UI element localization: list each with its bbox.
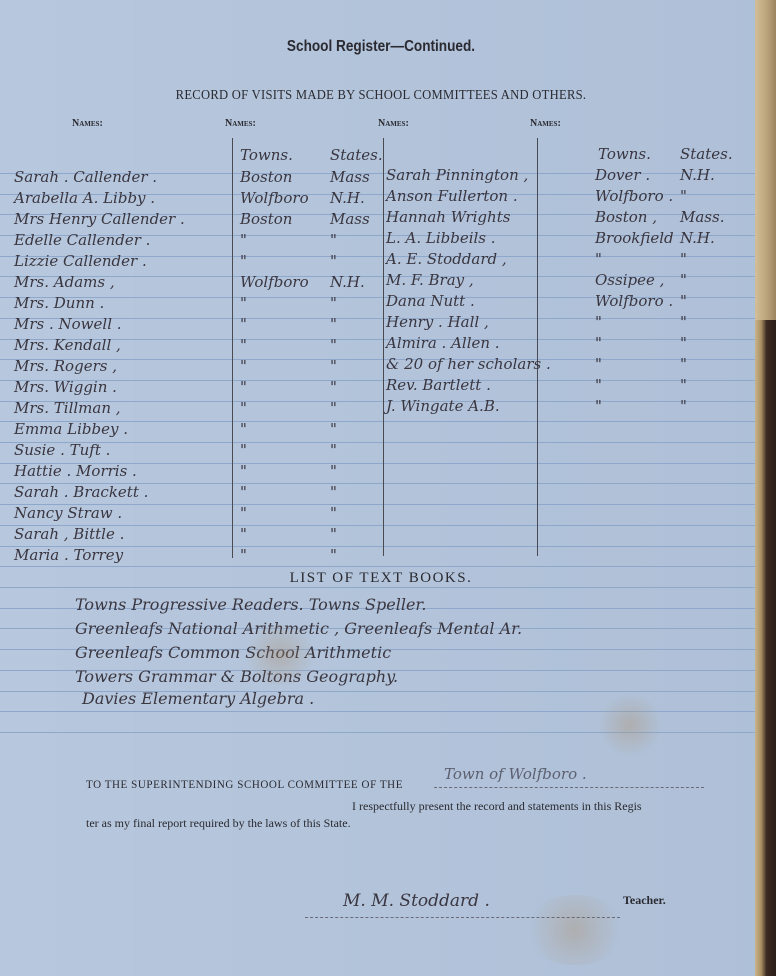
visitor-town: " [240, 525, 249, 543]
visitor-name: Mrs. Rogers , [14, 357, 117, 375]
visitor-state: N.H. [680, 229, 715, 247]
visitor-name: Henry . Hall , [386, 313, 489, 331]
visitor-name: L. A. Libbeils . [386, 229, 496, 247]
visitor-state: " [330, 420, 339, 438]
visitor-name: Sarah . Callender . [14, 168, 157, 186]
visitor-state: " [330, 525, 339, 543]
ruled-line [0, 566, 758, 567]
column-header-names-3: Names: [378, 118, 409, 129]
visitor-town: " [595, 334, 604, 352]
visitor-town: Wolfboro [240, 189, 309, 207]
visitor-state: Mass [330, 210, 370, 228]
visitor-state: " [330, 252, 339, 270]
ruled-line [0, 442, 758, 443]
visitor-name: A. E. Stoddard , [386, 250, 507, 268]
statement-line-2: ter as my final report required by the l… [86, 816, 351, 831]
column-header-names-2: Names: [225, 118, 256, 129]
visitor-state: " [330, 315, 339, 333]
textbook-line: Towns Progressive Readers. Towns Speller… [75, 595, 426, 614]
visitor-name: Susie . Tuft . [14, 441, 110, 459]
committee-town-value: Town of Wolfboro . [444, 765, 587, 783]
visitor-town: " [595, 313, 604, 331]
visitor-state: " [330, 399, 339, 417]
visitor-town: " [240, 399, 249, 417]
visitor-name: Arabella A. Libby . [14, 189, 155, 207]
visitor-town: " [240, 231, 249, 249]
visitor-town: " [595, 250, 604, 268]
visitor-name: Mrs. Dunn . [14, 294, 104, 312]
visitor-state: N.H. [330, 273, 365, 291]
visitor-town: Dover . [595, 166, 650, 184]
visitor-name: Anson Fullerton . [386, 187, 518, 205]
visitor-town: " [240, 420, 249, 438]
visitor-name: Mrs. Tillman , [14, 399, 121, 417]
states-header-right: States. [680, 145, 733, 163]
visitor-state: " [330, 546, 339, 564]
visitor-state: N.H. [680, 166, 715, 184]
column-divider-1 [232, 138, 233, 558]
visitor-state: Mass. [680, 208, 724, 226]
visitor-town: " [240, 546, 249, 564]
ruled-line [0, 587, 758, 588]
visitor-town: " [240, 378, 249, 396]
visitor-state: " [680, 292, 689, 310]
visitor-state: " [680, 355, 689, 373]
column-divider-2 [383, 138, 384, 556]
visitor-state: " [330, 504, 339, 522]
visitor-name: Emma Libbey . [14, 420, 128, 438]
visitor-town: " [595, 397, 604, 415]
section-title-textbooks: LIST OF TEXT BOOKS. [0, 570, 762, 587]
visitor-name: Rev. Bartlett . [386, 376, 491, 394]
statement-line-1: I respectfully present the record and st… [352, 799, 642, 814]
visitor-name: Sarah . Brackett . [14, 483, 148, 501]
visitor-town: " [595, 355, 604, 373]
visitor-state: " [330, 294, 339, 312]
visitor-town: " [240, 504, 249, 522]
visitor-state: " [330, 231, 339, 249]
textbook-line: Davies Elementary Algebra . [82, 689, 314, 708]
visitor-town: Ossipee , [595, 271, 664, 289]
teacher-label: Teacher. [623, 893, 666, 908]
column-header-names-4: Names: [530, 118, 561, 129]
water-stain [240, 625, 320, 685]
signature-field: M. M. Stoddard . [305, 897, 620, 918]
visitor-town: " [240, 252, 249, 270]
visitor-state: " [330, 441, 339, 459]
visitor-name: M. F. Bray , [386, 271, 474, 289]
visitor-town: " [240, 441, 249, 459]
visitor-name: Lizzie Callender . [14, 252, 147, 270]
visitor-state: N.H. [330, 189, 365, 207]
visitor-state: Mass [330, 168, 370, 186]
visitor-name: Almira . Allen . [386, 334, 500, 352]
states-header-left: States. [330, 146, 383, 164]
committee-town-field: Town of Wolfboro . [434, 765, 704, 788]
column-header-names-1: Names: [72, 118, 103, 129]
visitor-name: Mrs. Adams , [14, 273, 115, 291]
water-stain [600, 690, 660, 760]
visitor-name: Hannah Wrights [386, 208, 510, 226]
visitor-town: " [595, 376, 604, 394]
visitor-town: " [240, 483, 249, 501]
visitor-state: " [330, 378, 339, 396]
visitor-town: Wolfboro . [595, 292, 673, 310]
visitor-name: Sarah Pinnington , [386, 166, 528, 184]
towns-header-left: Towns. [240, 146, 293, 164]
register-page: School Register—Continued. RECORD OF VIS… [0, 0, 762, 976]
visitor-name: Hattie . Morris . [14, 462, 137, 480]
visitor-state: " [330, 336, 339, 354]
committee-label: TO THE SUPERINTENDING SCHOOL COMMITTEE O… [86, 777, 403, 792]
visitor-town: " [240, 294, 249, 312]
visitor-state: " [680, 376, 689, 394]
visitor-state: " [330, 357, 339, 375]
visitor-name: & 20 of her scholars . [386, 355, 551, 373]
visitor-state: " [680, 397, 689, 415]
visitor-name: Nancy Straw . [14, 504, 122, 522]
visitor-name: Mrs . Nowell . [14, 315, 122, 333]
visitor-town: Brookfield [595, 229, 674, 247]
visitor-state: " [680, 187, 689, 205]
textbook-line: Towers Grammar & Boltons Geography. [75, 667, 398, 686]
visitor-town: Boston [240, 210, 292, 228]
visitor-state: " [680, 313, 689, 331]
visitor-town: Boston [240, 168, 292, 186]
visitor-name: Edelle Callender . [14, 231, 150, 249]
visitor-state: " [680, 271, 689, 289]
visitor-town: " [240, 357, 249, 375]
textbook-line: Greenleafs Common School Arithmetic [75, 643, 391, 662]
book-binding-edge [755, 0, 776, 976]
visitor-town: " [240, 336, 249, 354]
visitor-state: " [680, 250, 689, 268]
visitor-town: Boston , [595, 208, 657, 226]
column-divider-3 [537, 138, 538, 556]
page-title: School Register—Continued. [57, 38, 705, 56]
towns-header-right: Towns. [598, 145, 651, 163]
visitor-town: Wolfboro . [595, 187, 673, 205]
visitor-name: Sarah , Bittle . [14, 525, 124, 543]
visitor-name: Maria . Torrey [14, 546, 123, 564]
visitor-name: J. Wingate A.B. [386, 397, 500, 415]
visitor-name: Mrs. Wiggin . [14, 378, 117, 396]
visitor-town: Wolfboro [240, 273, 309, 291]
visitor-name: Mrs Henry Callender . [14, 210, 185, 228]
visitor-state: " [330, 483, 339, 501]
visitor-state: " [680, 334, 689, 352]
visitor-name: Dana Nutt . [386, 292, 475, 310]
visitor-town: " [240, 462, 249, 480]
teacher-signature: M. M. Stoddard . [343, 891, 490, 911]
visitor-town: " [240, 315, 249, 333]
visitor-name: Mrs. Kendall , [14, 336, 121, 354]
visitor-state: " [330, 462, 339, 480]
section-title-visits: RECORD OF VISITS MADE BY SCHOOL COMMITTE… [38, 88, 724, 104]
